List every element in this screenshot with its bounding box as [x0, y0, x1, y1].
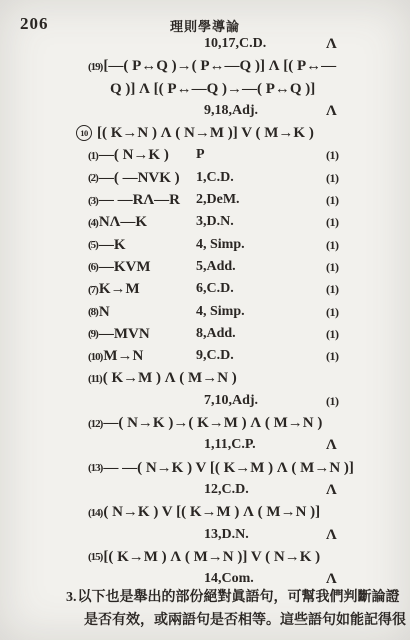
justification-row: 7,10,Adj.(1) [0, 390, 410, 412]
proof-line-row: (1)—( N→K )P(1) [0, 144, 410, 166]
ref-marker: (1) [326, 144, 339, 166]
problem-header-row: 10[( K→N ) Λ ( N→M )] V ( M→K ) [0, 122, 410, 144]
footer-paragraph: 3.以下也是舉出的部份絕對眞語句，可幫我們判斷論證 是否有效，或兩語句是否相等。… [0, 587, 410, 632]
proof-line-row: (8)N4, Simp.(1) [0, 301, 410, 323]
formula-text: —( —NVK ) [99, 170, 180, 186]
formula-text: — —( N→K ) V [( K→M ) Λ ( M→N )] [103, 460, 354, 476]
line-number: (5) [88, 239, 98, 251]
justification: 12,C.D. [204, 479, 249, 501]
ref-marker: Λ [326, 434, 337, 456]
proof-line-row: (14)( N→K ) V [( K→M ) Λ ( M→N )] [0, 501, 410, 523]
formula-text: —KVM [99, 259, 151, 275]
ref-marker: Λ [326, 479, 337, 501]
proof-line-row: (12)—( N→K )→( K→M ) Λ ( M→N ) [0, 412, 410, 434]
line-number: (12) [88, 418, 102, 430]
formula-text: —MVN [99, 326, 150, 342]
line-number: (3) [88, 195, 98, 207]
justification: 9,C.D. [196, 345, 234, 367]
formula-text: —K [99, 237, 126, 253]
ref-marker: Λ [326, 33, 337, 55]
formula-line: (19)[—( P↔Q )→( P↔—Q )] Λ [( P↔— [0, 55, 410, 77]
line-number: (13) [88, 462, 102, 474]
justification: 6,C.D. [196, 278, 234, 300]
justification: 13,D.N. [204, 524, 249, 546]
line-number: (11) [88, 373, 102, 385]
line-number: (8) [88, 306, 98, 318]
page-number: 206 [20, 14, 49, 34]
justification-row: 9,18,Adj.Λ [0, 100, 410, 122]
problem-number-circle: 10 [76, 125, 92, 141]
footer-line-2: 是否有效，或兩語句是否相等。這些語句如能記得很 [0, 610, 410, 633]
ref-marker: (1) [326, 390, 339, 412]
ref-marker: (1) [326, 345, 339, 367]
formula-text: — —RΛ—R [99, 192, 180, 208]
proof-line-row: (4)NΛ—K3,D.N.(1) [0, 211, 410, 233]
formula-text: M→N [103, 348, 143, 364]
formula-text: K→M [99, 281, 140, 297]
proof-line-row: (5)—K4, Simp.(1) [0, 234, 410, 256]
ref-marker: (1) [326, 256, 339, 278]
problem-statement: [( K→N ) Λ ( N→M )] V ( M→K ) [97, 125, 314, 141]
book-page: 206 理則學導論 10,17,C.D.Λ(19)[—( P↔Q )→( P↔—… [0, 0, 410, 640]
footer-item-number: 3. [66, 590, 77, 605]
proof-line-row: (3)— —RΛ—R2,DeM.(1) [0, 189, 410, 211]
line-number: (4) [88, 217, 98, 229]
justification: 9,18,Adj. [204, 100, 258, 122]
justification: 2,DeM. [196, 189, 240, 211]
ref-marker: (1) [326, 167, 339, 189]
ref-marker: (1) [326, 278, 339, 300]
proof-line-row: (7)K→M6,C.D.(1) [0, 278, 410, 300]
line-number: (14) [88, 507, 102, 519]
formula-text: —( N→K )→( K→M ) Λ ( M→N ) [103, 415, 322, 431]
ref-marker: (1) [326, 234, 339, 256]
line-number: (7) [88, 284, 98, 296]
formula-text: [( K→M ) Λ ( M→N )] V ( N→K ) [103, 549, 320, 565]
proof-line-row: (2)—( —NVK )1,C.D.(1) [0, 167, 410, 189]
formula-text: NΛ—K [99, 214, 147, 230]
justification: 5,Add. [196, 256, 236, 278]
formula-text: N [99, 304, 110, 320]
line-number: (6) [88, 261, 98, 273]
formula-text: ( N→K ) V [( K→M ) Λ ( M→N )] [103, 504, 320, 520]
formula-text: ( K→M ) Λ ( M→N ) [103, 370, 237, 386]
formula-continuation: Q )] Λ [( P↔—Q )→—( P↔Q )] [110, 81, 315, 97]
proof-line-row: (13)— —( N→K ) V [( K→M ) Λ ( M→N )] [0, 457, 410, 479]
line-number: (2) [88, 172, 98, 184]
line-number: (19) [88, 61, 102, 73]
ref-marker: (1) [326, 211, 339, 233]
footer-text-1: 以下也是舉出的部份絕對眞語句，可幫我們判斷論證 [78, 590, 400, 605]
proof-line-row: (10)M→N9,C.D.(1) [0, 345, 410, 367]
justification: 10,17,C.D. [204, 33, 266, 55]
ref-marker: Λ [326, 524, 337, 546]
justification: P [196, 144, 205, 166]
formula-text: [—( P↔Q )→( P↔—Q )] Λ [( P↔— [103, 58, 336, 74]
ref-marker: (1) [326, 189, 339, 211]
formula-continuation-row: Q )] Λ [( P↔—Q )→—( P↔Q )] [0, 78, 410, 100]
justification: 7,10,Adj. [204, 390, 258, 412]
justification: 4, Simp. [196, 234, 245, 256]
ref-marker: Λ [326, 100, 337, 122]
page-header: 206 理則學導論 [0, 14, 410, 34]
line-number: (15) [88, 551, 102, 563]
line-number: (10) [88, 351, 102, 363]
justification: 1,C.D. [196, 167, 234, 189]
justification: 4, Simp. [196, 301, 245, 323]
justification-row: 10,17,C.D.Λ [0, 33, 410, 55]
proof-body: 10,17,C.D.Λ(19)[—( P↔Q )→( P↔—Q )] Λ [( … [0, 33, 410, 590]
ref-marker: (1) [326, 301, 339, 323]
footer-line-1: 3.以下也是舉出的部份絕對眞語句，可幫我們判斷論證 [0, 587, 410, 610]
line-number: (1) [88, 150, 98, 162]
proof-line-row: (6)—KVM5,Add.(1) [0, 256, 410, 278]
proof-line-row: (9)—MVN8,Add.(1) [0, 323, 410, 345]
justification-row: 13,D.N.Λ [0, 524, 410, 546]
line-number: (9) [88, 328, 98, 340]
formula-text: —( N→K ) [99, 147, 169, 163]
justification: 1,11,C.P. [204, 434, 256, 456]
proof-line-row: (15)[( K→M ) Λ ( M→N )] V ( N→K ) [0, 546, 410, 568]
proof-line-row: (11)( K→M ) Λ ( M→N ) [0, 367, 410, 389]
justification-row: 1,11,C.P.Λ [0, 434, 410, 456]
ref-marker: (1) [326, 323, 339, 345]
justification: 3,D.N. [196, 211, 234, 233]
justification-row: 12,C.D.Λ [0, 479, 410, 501]
justification: 8,Add. [196, 323, 236, 345]
